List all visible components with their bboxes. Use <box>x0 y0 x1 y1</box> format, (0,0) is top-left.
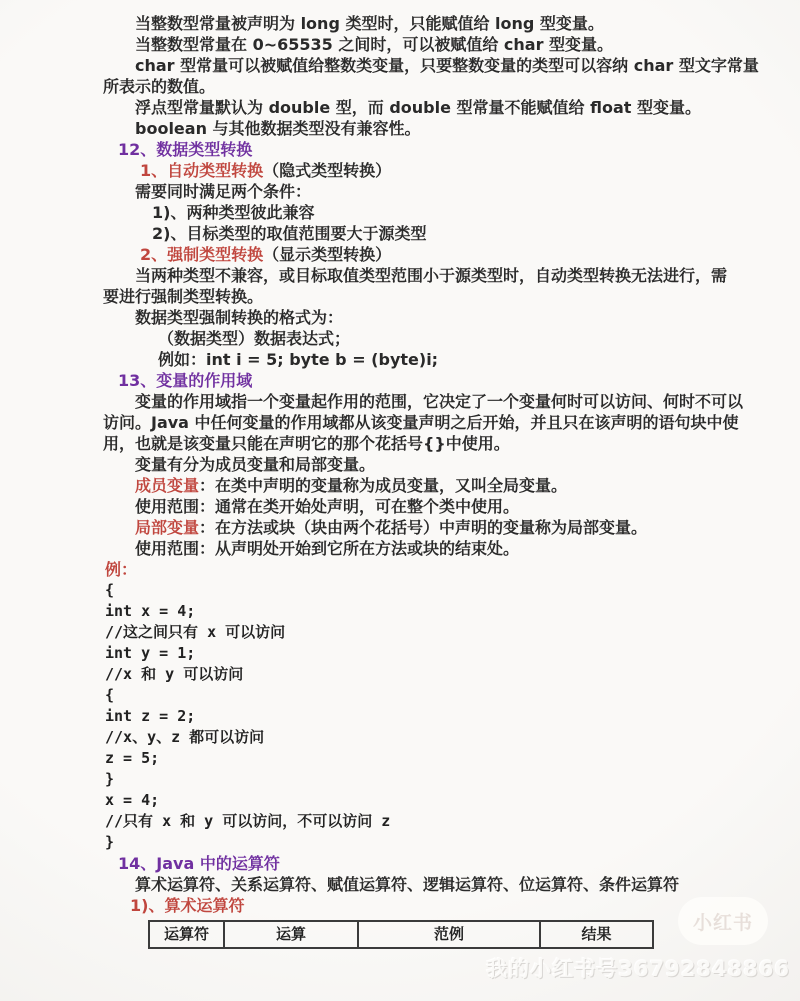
paragraph-float-constant: 浮点型常量默认为 double 型，而 double 型常量不能赋值给 floa… <box>103 97 709 118</box>
paragraph-long-constant: 当整数型常量被声明为 long 类型时，只能赋值给 long 型变量。 <box>103 13 709 34</box>
code-line: //x 和 y 可以访问 <box>103 664 709 685</box>
paragraph-char-range: 当整数型常量在 0~65535 之间时，可以被赋值给 char 型变量。 <box>103 34 709 55</box>
paragraph-char-assign-line2: 所表示的数值。 <box>103 76 709 97</box>
line-member-scope: 使用范围：通常在类开始处声明，可在整个类中使用。 <box>103 496 709 517</box>
xiaohongshu-badge-watermark: 小红书 <box>678 897 768 945</box>
line-local-scope: 使用范围：从声明处开始到它所在方法或块的结束处。 <box>103 538 709 559</box>
heading-java-operators: 14、Java 中的运算符 <box>103 853 709 874</box>
code-line: } <box>103 832 709 853</box>
code-line: { <box>103 580 709 601</box>
code-line: //x、y、z 都可以访问 <box>103 727 709 748</box>
paragraph-boolean: boolean 与其他数据类型没有兼容性。 <box>103 118 709 139</box>
subheading-auto-conversion: 1、自动类型转换（隐式类型转换） <box>103 160 709 181</box>
line-member-variable: 成员变量：在类中声明的变量称为成员变量，又叫全局变量。 <box>103 475 709 496</box>
code-line: //这之间只有 x 可以访问 <box>103 622 709 643</box>
paragraph-scope-line3: 用，也就是该变量只能在声明它的那个花括号{}中使用。 <box>103 433 709 454</box>
column-header-operation: 运算 <box>224 921 358 948</box>
heading-variable-scope: 13、变量的作用域 <box>103 370 709 391</box>
code-line: int z = 2; <box>103 706 709 727</box>
column-header-result: 结果 <box>540 921 653 948</box>
code-line: } <box>103 769 709 790</box>
subheading-arithmetic-operators: 1)、算术运算符 <box>103 895 709 916</box>
line-format-intro: 数据类型强制转换的格式为： <box>103 307 709 328</box>
line-condition-2: 2)、目标类型的取值范围要大于源类型 <box>103 223 709 244</box>
code-line: { <box>103 685 709 706</box>
table-header-row: 运算符 运算 范例 结果 <box>149 921 653 948</box>
subheading-auto-red: 1、自动类型转换 <box>140 161 263 180</box>
line-format-syntax: （数据类型）数据表达式； <box>103 328 709 349</box>
line-conditions-intro: 需要同时满足两个条件： <box>103 181 709 202</box>
line-operator-categories: 算术运算符、关系运算符、赋值运算符、逻辑运算符、位运算符、条件运算符 <box>103 874 709 895</box>
subheading-forced-note: （显示类型转换） <box>263 245 391 264</box>
line-variable-types: 变量有分为成员变量和局部变量。 <box>103 454 709 475</box>
code-line: z = 5; <box>103 748 709 769</box>
code-line: int x = 4; <box>103 601 709 622</box>
line-condition-1: 1)、两种类型彼此兼容 <box>103 202 709 223</box>
code-line: int y = 1; <box>103 643 709 664</box>
paragraph-scope-line2: 访问。Java 中任何变量的作用域都从该变量声明之后开始，并且只在该声明的语句块… <box>103 412 709 433</box>
local-variable-term: 局部变量 <box>135 518 199 537</box>
paragraph-scope-line1: 变量的作用域指一个变量起作用的范围，它决定了一个变量何时可以访问、何时不可以 <box>103 391 709 412</box>
line-local-variable: 局部变量：在方法或块（块由两个花括号）中声明的变量称为局部变量。 <box>103 517 709 538</box>
paragraph-forced-line2: 要进行强制类型转换。 <box>103 286 709 307</box>
column-header-example: 范例 <box>358 921 540 948</box>
code-line: x = 4; <box>103 790 709 811</box>
paragraph-char-assign-line1: char 型常量可以被赋值给整数类变量，只要整数变量的类型可以容纳 char 型… <box>103 55 709 76</box>
paragraph-forced-line1: 当两种类型不兼容，或目标取值类型范围小于源类型时，自动类型转换无法进行，需 <box>103 265 709 286</box>
member-variable-term: 成员变量 <box>135 476 199 495</box>
subheading-auto-note: （隐式类型转换） <box>263 161 391 180</box>
column-header-operator: 运算符 <box>149 921 224 948</box>
xiaohongshu-id-watermark: 我的小红书号36792848866 <box>486 953 790 983</box>
arithmetic-operators-table: 运算符 运算 范例 结果 <box>148 920 654 949</box>
subheading-forced-conversion: 2、强制类型转换（显示类型转换） <box>103 244 709 265</box>
code-line: //只有 x 和 y 可以访问，不可以访问 z <box>103 811 709 832</box>
member-variable-definition: ：在类中声明的变量称为成员变量，又叫全局变量。 <box>199 476 567 495</box>
line-format-example: 例如：int i = 5; byte b = (byte)i; <box>103 349 709 370</box>
document-content: 当整数型常量被声明为 long 类型时，只能赋值给 long 型变量。 当整数型… <box>103 13 709 949</box>
example-label: 例： <box>103 559 709 580</box>
heading-type-conversion: 12、数据类型转换 <box>103 139 709 160</box>
local-variable-definition: ：在方法或块（块由两个花括号）中声明的变量称为局部变量。 <box>199 518 647 537</box>
subheading-forced-red: 2、强制类型转换 <box>140 245 263 264</box>
